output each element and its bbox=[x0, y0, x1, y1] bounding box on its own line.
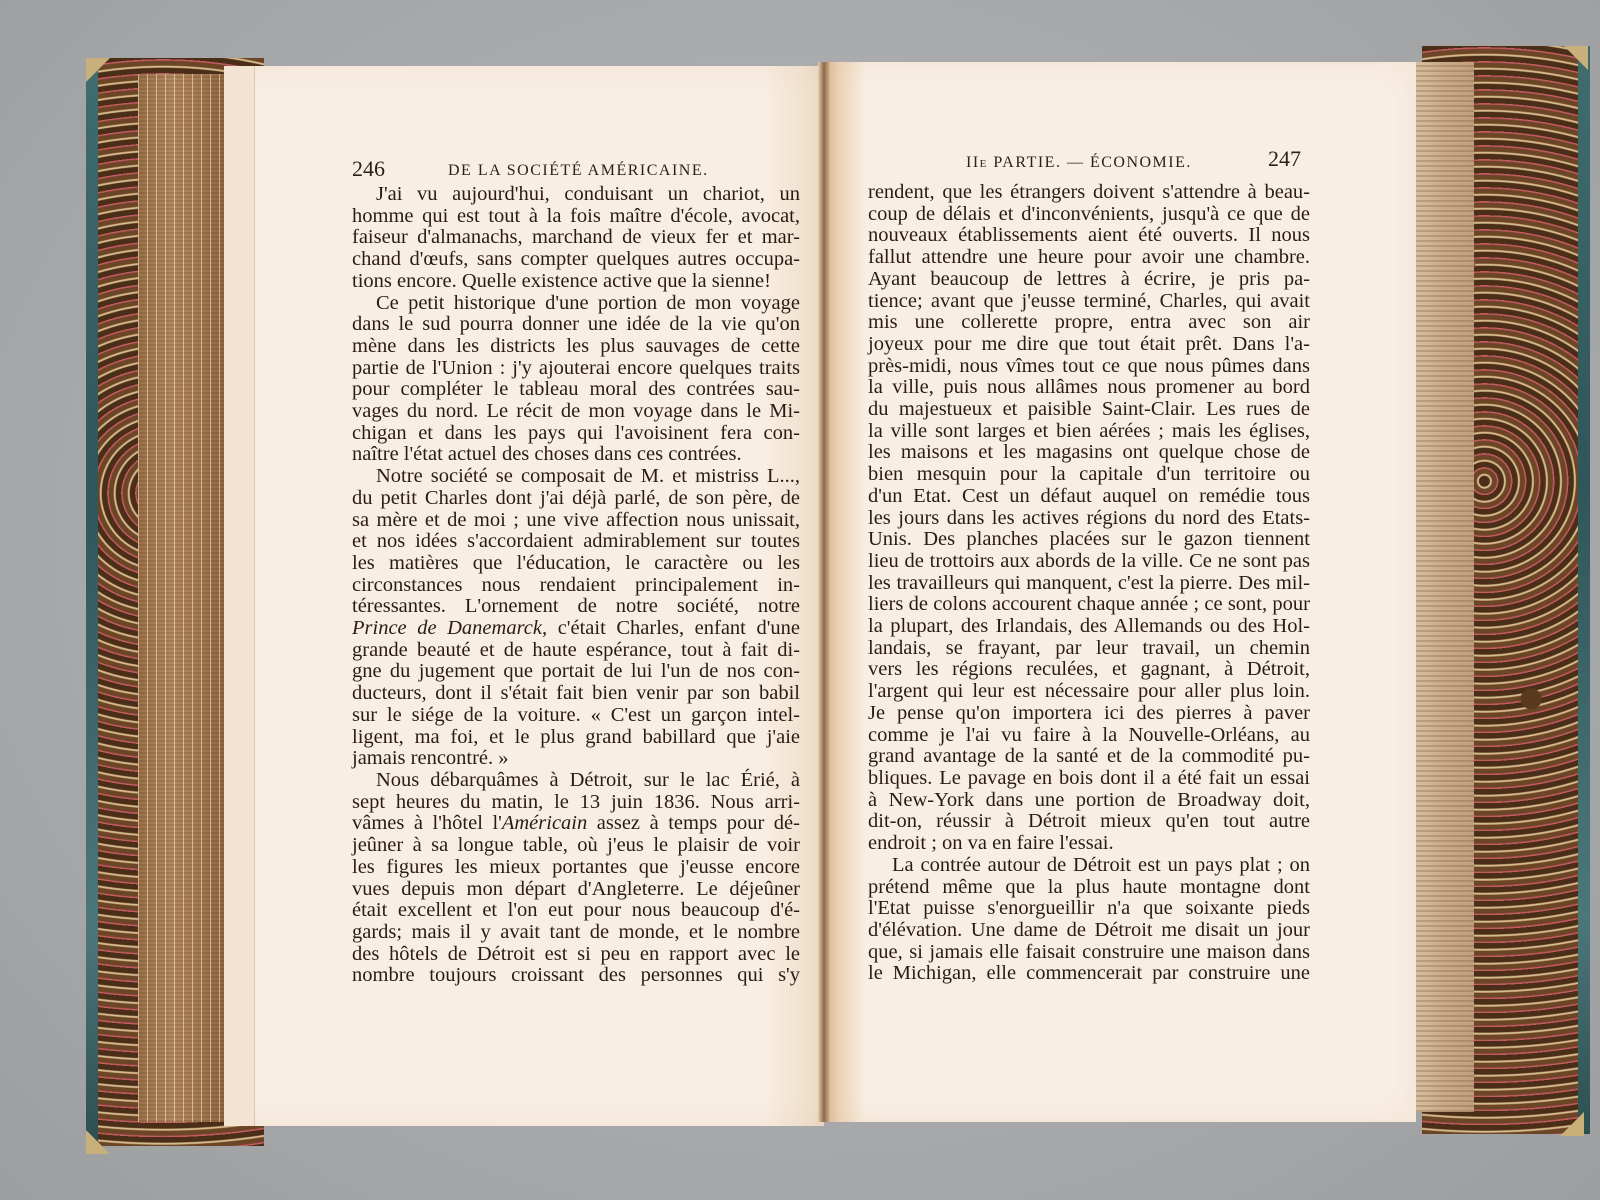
text-line: vâmes à l'hôtel l'Américain assez à temp… bbox=[352, 813, 800, 835]
text-line: Je pense qu'on importera ici des pierres… bbox=[868, 703, 1310, 725]
text-line: gne du jugement que portait de lui l'un … bbox=[352, 661, 800, 683]
text-line: la ville, puis nous allâmes nous promene… bbox=[868, 377, 1310, 399]
text-line: Nous débarquâmes à Détroit, sur le lac É… bbox=[352, 770, 800, 792]
text-line: jeûner à sa longue table, où j'eus le pl… bbox=[352, 835, 800, 857]
text-line: naître l'état actuel des choses dans ces… bbox=[352, 444, 800, 466]
text-line: faiseur d'almanachs, marchand de vieux f… bbox=[352, 227, 800, 249]
text-line: coup de délais et d'inconvénients, jusqu… bbox=[868, 204, 1310, 226]
text-line: bliques. Le pavage en bois dont il a été… bbox=[868, 768, 1310, 790]
text-line: les travailleurs qui manquent, c'est la … bbox=[868, 573, 1310, 595]
text-line: vages du nord. Le récit de mon voyage da… bbox=[352, 401, 800, 423]
text-line: et nos idées s'accordaient admirablement… bbox=[352, 531, 800, 553]
text-line: gards; mais il y avait tant de monde, et… bbox=[352, 922, 800, 944]
text-line: Notre société se composait de M. et mist… bbox=[352, 466, 800, 488]
book-gutter bbox=[818, 62, 830, 1122]
text-line: liers de colons accourent chaque année ;… bbox=[868, 594, 1310, 616]
text-line: comme je l'ai vu faire à la Nouvelle-Orl… bbox=[868, 725, 1310, 747]
text-line: vers les régions reculées, et gagnant, à… bbox=[868, 659, 1310, 681]
text-line: J'ai vu aujourd'hui, conduisant un chari… bbox=[352, 184, 800, 206]
text-line: prétend même que la plus haute montagne … bbox=[868, 877, 1310, 899]
text-line: chigan et dans les pays qui l'avoisinent… bbox=[352, 423, 800, 445]
text-line: les figures les mieux portantes que j'eu… bbox=[352, 857, 800, 879]
text-line: téressantes. L'ornement de notre société… bbox=[352, 596, 800, 618]
text-line: près-midi, nous vîmes tout ce que nous p… bbox=[868, 356, 1310, 378]
text-line: sept heures du matin, le 13 juin 1836. N… bbox=[352, 792, 800, 814]
text-line: la plupart, des Irlandais, des Allemands… bbox=[868, 616, 1310, 638]
text-line: joyeux pour me dire que tout était prêt.… bbox=[868, 334, 1310, 356]
text-line: d'un Etat. Cest un défaut auquel on remé… bbox=[868, 486, 1310, 508]
text-line: ducteurs, dont il s'était fait bien veni… bbox=[352, 683, 800, 705]
text-line: le Michigan, elle commencerait par const… bbox=[868, 963, 1310, 985]
text-line: Prince de Danemarck, c'était Charles, en… bbox=[352, 618, 800, 640]
open-book: 246 DE LA SOCIÉTÉ AMÉRICAINE. IIe PARTIE… bbox=[0, 0, 1600, 1200]
left-page-body-text: J'ai vu aujourd'hui, conduisant un chari… bbox=[352, 184, 800, 987]
text-line: fallut attendre une heure pour avoir une… bbox=[868, 247, 1310, 269]
text-line: circonstances nous rendaient principalem… bbox=[352, 575, 800, 597]
left-flyleaf bbox=[224, 66, 255, 1126]
text-line: sa mère et de moi ; une vive affection n… bbox=[352, 510, 800, 532]
text-line: les maisons et les magasins ont quelque … bbox=[868, 442, 1310, 464]
text-line: jamais rencontré. » bbox=[352, 748, 800, 770]
text-line: du petit Charles dont j'ai déjà parlé, d… bbox=[352, 488, 800, 510]
text-line: tions encore. Quelle existence active qu… bbox=[352, 271, 800, 293]
text-line: mis une collerette propre, entra avec so… bbox=[868, 312, 1310, 334]
text-line: était excellent et l'on eut pour nous be… bbox=[352, 900, 800, 922]
text-line: rendent, que les étrangers doivent s'att… bbox=[868, 182, 1310, 204]
text-line: partie de l'Union : j'y ajouterai encore… bbox=[352, 358, 800, 380]
text-line: chand d'œufs, sans compter quelques autr… bbox=[352, 249, 800, 271]
text-line: l'argent qui leur est nécessaire pour al… bbox=[868, 681, 1310, 703]
text-line: sur le siége de la voiture. « C'est un g… bbox=[352, 705, 800, 727]
left-page-block-edge bbox=[138, 74, 224, 1122]
text-line: l'Etat puisse s'enorgueillir n'a que soi… bbox=[868, 898, 1310, 920]
right-page-number: 247 bbox=[1268, 146, 1301, 172]
text-line: les jours dans les actives régions du no… bbox=[868, 508, 1310, 530]
text-line: La contrée autour de Détroit est un pays… bbox=[868, 855, 1310, 877]
text-line: landais, se frayant, par leur travail, u… bbox=[868, 638, 1310, 660]
text-line: que, si jamais elle faisait construire u… bbox=[868, 942, 1310, 964]
text-line: pour compléter le tableau moral des cont… bbox=[352, 379, 800, 401]
text-line: nouveaux établissements aient été ouvert… bbox=[868, 225, 1310, 247]
text-line: la ville sont larges et bien aérées ; ma… bbox=[868, 421, 1310, 443]
text-line: Ce petit historique d'une portion de mon… bbox=[352, 293, 800, 315]
text-line: bien mesquin pour la capitale d'un terri… bbox=[868, 464, 1310, 486]
text-line: homme qui est tout à la fois maître d'éc… bbox=[352, 206, 800, 228]
text-line: nombre toujours croissant des personnes … bbox=[352, 965, 800, 987]
text-line: grande beauté et de haute espérance, tou… bbox=[352, 640, 800, 662]
text-line: dans le sud pourra donner une idée de la… bbox=[352, 314, 800, 336]
text-line: mène dans les districts les plus sauvage… bbox=[352, 336, 800, 358]
left-running-head: DE LA SOCIÉTÉ AMÉRICAINE. bbox=[448, 162, 709, 180]
text-line: des hôtels de Détroit est si peu en rapp… bbox=[352, 944, 800, 966]
right-page-body-text: rendent, que les étrangers doivent s'att… bbox=[868, 182, 1310, 985]
text-line: d'élévation. Une dame de Détroit me disa… bbox=[868, 920, 1310, 942]
text-line: Ayant beaucoup de lettres à écrire, je p… bbox=[868, 269, 1310, 291]
text-line: ligent, ma foi, et le plus grand babilla… bbox=[352, 727, 800, 749]
text-line: endroit ; on va en faire l'essai. bbox=[868, 833, 1310, 855]
right-page-block-edge bbox=[1414, 62, 1474, 1112]
text-line: lieu de trottoirs aux abords de la ville… bbox=[868, 551, 1310, 573]
text-line: du majestueux et paisible Saint-Clair. L… bbox=[868, 399, 1310, 421]
left-page-number: 246 bbox=[352, 156, 385, 182]
text-line: les matières que l'éducation, le caractè… bbox=[352, 553, 800, 575]
right-running-head: IIe PARTIE. — ÉCONOMIE. bbox=[966, 154, 1192, 172]
text-line: grand avantage de la santé et de la comm… bbox=[868, 746, 1310, 768]
text-line: vues depuis mon départ d'Angleterre. Le … bbox=[352, 879, 800, 901]
text-line: Unis. Des planches placées sur le gazon … bbox=[868, 529, 1310, 551]
text-line: tience; avant que j'eusse terminé, Charl… bbox=[868, 291, 1310, 313]
text-line: à New-York dans une portion de Broadway … bbox=[868, 790, 1310, 812]
text-line: dit-on, réussir à Détroit mieux qu'en to… bbox=[868, 811, 1310, 833]
